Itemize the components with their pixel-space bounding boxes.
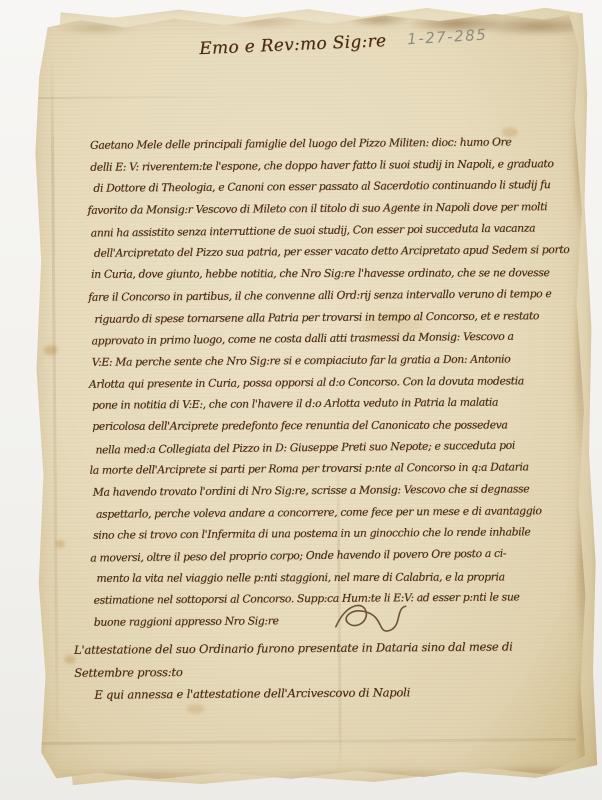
manuscript-line: nella med:a Collegiata del Pizzo in D: G… bbox=[95, 434, 515, 460]
manuscript-line: pericolosa dell'Arciprete predefonto fec… bbox=[92, 414, 507, 437]
letter-postscript: L'attestatione del suo Ordinario furono … bbox=[74, 635, 585, 707]
foxing-spot bbox=[44, 345, 58, 355]
manuscript-line: Settembre pross:to bbox=[74, 661, 183, 684]
manuscript-line: estimatione nel sottoporsi al Concorso. … bbox=[94, 587, 520, 612]
manuscript-line: anni ha assistito senza interruttione de… bbox=[91, 217, 536, 244]
manuscript-line: L'attestatione del suo Ordinario furono … bbox=[74, 635, 513, 661]
salutation: Emo e Rev:mo Sig:re bbox=[199, 31, 387, 59]
fold-crease-horizontal-bottom bbox=[41, 738, 576, 745]
manuscript-line: in Curia, dove giunto, hebbe notitia, ch… bbox=[91, 262, 550, 285]
manuscript-line: pone in notitia di V:E:, che con l'haver… bbox=[92, 392, 498, 417]
manuscript-page: Emo e Rev:mo Sig:re 1-27-285 Gaetano Mel… bbox=[31, 11, 589, 783]
manuscript-line: fare il Concorso in partibus, il che con… bbox=[88, 283, 551, 308]
manuscript-line: Ma havendo trovato l'ordini di Nro Sig:r… bbox=[93, 478, 530, 503]
manuscript-line: mento la vita nel viaggio nelle p:nti st… bbox=[96, 566, 504, 589]
manuscript-line: V:E: Ma perche sente che Nro Sig:re si e… bbox=[92, 348, 511, 373]
manuscript-line: E qui annessa e l'attestatione dell'Arci… bbox=[94, 681, 410, 706]
fold-crease-vertical-left bbox=[50, 55, 58, 755]
archival-number: 1-27-285 bbox=[407, 26, 488, 49]
fold-crease-horizontal-top bbox=[34, 95, 255, 99]
photograph-background: Emo e Rev:mo Sig:re 1-27-285 Gaetano Mel… bbox=[0, 0, 602, 800]
manuscript-line: Gaetano Mele delle principali famiglie d… bbox=[90, 131, 512, 156]
letter-body: Gaetano Mele delle principali famiglie d… bbox=[90, 131, 564, 633]
foxing-spot bbox=[55, 540, 65, 548]
manuscript-line: a moversi, oltre il peso del proprio cor… bbox=[90, 543, 506, 569]
closing-flourish bbox=[332, 596, 412, 639]
manuscript-line: buone raggioni appresso Nro Sig:re bbox=[94, 610, 279, 633]
